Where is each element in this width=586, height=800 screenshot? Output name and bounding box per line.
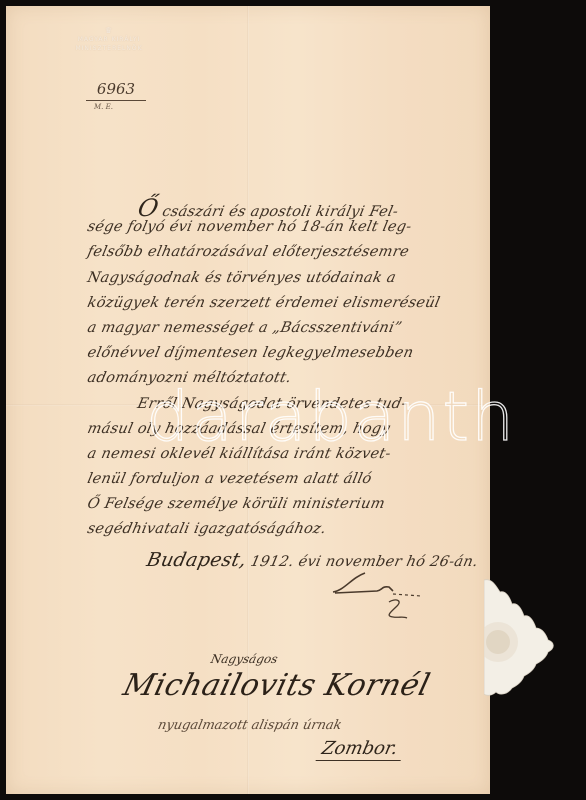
letter-paper: ♛ MAGYAR KIRÁLYI MINISZTERELNÖK 6963 M. … — [6, 6, 490, 794]
body-line: sége folyó évi november hó 18-án kelt le… — [84, 219, 489, 244]
reference-number-block: 6963 M. E. — [86, 80, 146, 111]
letterhead-emboss: ♛ MAGYAR KIRÁLYI MINISZTERELNÖK — [64, 26, 154, 68]
addressee-name: Michailovits Kornél — [120, 668, 434, 703]
reference-suffix: M. E. — [86, 103, 146, 111]
lace-seal — [484, 578, 556, 698]
body-line: lenül forduljon a vezetésem alatt álló — [84, 471, 489, 496]
dateline-date: 1912. évi november hó 26-án. — [244, 554, 479, 570]
addressee-role: nyugalmazott alispán úrnak — [156, 718, 343, 733]
body-line: Ő Felsége személye körüli ministerium — [84, 496, 489, 521]
watermark: darabanth — [146, 378, 516, 457]
crest-icon: ♛ — [64, 26, 154, 35]
addressee-place: Zombor. — [316, 738, 406, 761]
dateline: Budapest, 1912. évi november hó 26-án. — [84, 549, 489, 574]
addressee-salutation: Nagyságos — [210, 652, 279, 666]
signature-mark — [331, 572, 441, 627]
emboss-line-2: MINISZTERELNÖK — [64, 44, 154, 53]
body-line: a magyar nemességet a „Bácsszentiváni” — [84, 320, 489, 345]
body-line: felsőbb elhatározásával előterjesztésemr… — [84, 244, 489, 269]
body-line: Nagyságodnak és törvényes utódainak a — [84, 270, 489, 295]
body-line: előnévvel díjmentesen legkegyelmesebben — [84, 345, 489, 370]
body-line: Ő császári és apostoli királyi Fel- — [84, 194, 489, 219]
dateline-place: Budapest, — [145, 549, 249, 571]
body-line: közügyek terén szerzett érdemei elismeré… — [84, 295, 489, 320]
reference-number: 6963 — [86, 80, 146, 101]
emboss-line-1: MAGYAR KIRÁLYI — [64, 35, 154, 44]
body-line: segédhivatali igazgatóságához. — [84, 521, 489, 546]
